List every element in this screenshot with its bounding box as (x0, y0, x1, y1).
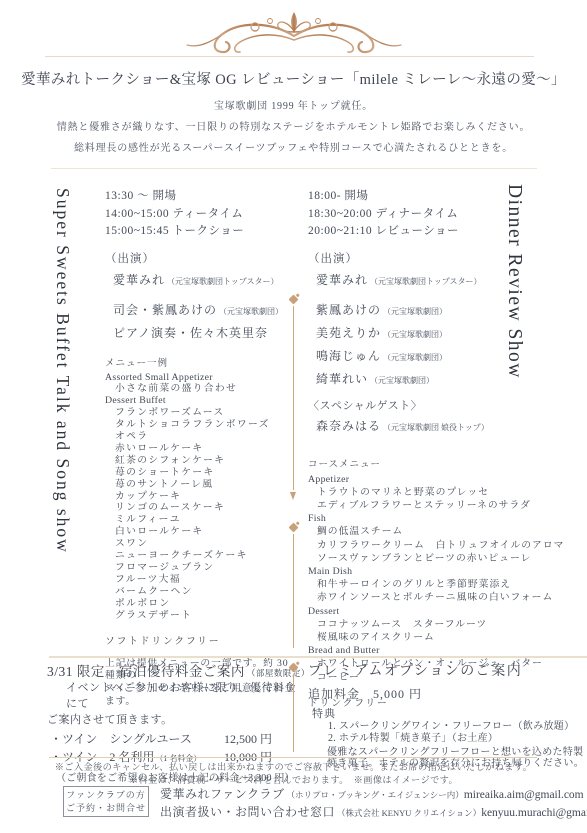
menu-item: オペラ (105, 431, 297, 443)
menu-item: 小さな前菜の盛り合わせ (105, 383, 297, 395)
lodging-line1: イベントへご参加のお客様に限り、優待料金にて (66, 680, 298, 712)
cast-name: 鳴海じゅん (316, 349, 381, 363)
course-item: 鯛の低温スチーム (308, 525, 508, 538)
course-item: 和牛サーロインのグリルと季節野菜添え (308, 578, 508, 591)
menu-item: ポルボロン (105, 598, 297, 610)
cast-row: 鳴海じゅん（元宝塚歌劇団） (316, 347, 508, 365)
course-item: Fish (308, 512, 508, 525)
left-side-label: Super Sweets Buffet Talk and Song show (52, 188, 73, 554)
course-item: ココナッツムース スターフルーツ (308, 618, 508, 631)
premium-option-section: プレミアムオプションのご案内 追加料金 5,000 円 特典 1. スパークリン… (308, 660, 570, 770)
dinner-show-column: 18:00- 開場18:30~20:00 ディナータイム20:00~21:10 … (308, 188, 508, 709)
cast-row: 美苑えりか（元宝塚歌劇団） (316, 324, 508, 342)
cast-name: 綺華れい (316, 372, 368, 386)
cast-name: 美苑えりか (316, 326, 381, 340)
menu-item: バームクーヘン (105, 586, 297, 598)
cast-note: （元宝塚歌劇団） (383, 330, 447, 339)
contact-note: （株式会社 KENYU クリエイション） (337, 805, 481, 822)
dinner-show-schedule: 18:00- 開場18:30~20:00 ディナータイム20:00~21:10 … (308, 188, 508, 241)
menu-item: ミルフィーユ (105, 514, 297, 526)
cast-row: 綺華れい（元宝塚歌劇団） (316, 370, 508, 388)
special-guest-heading: 〈スペシャルゲスト〉 (308, 397, 508, 413)
flourish-ornament-icon (182, 9, 406, 60)
course-item: 赤ワインソースとポルチーニ風味の白いフォーム (308, 591, 508, 604)
price-value: 12,500 円 (224, 732, 272, 746)
talk-cast-heading: （出演） (105, 250, 297, 266)
subtitle-line: 宝塚歌劇団 1999 年トップ就任。 (0, 96, 587, 117)
cast-row: 愛華みれ（元宝塚歌劇団トップスター） (316, 271, 508, 289)
schedule-line: 18:30~20:00 ディナータイム (308, 206, 508, 224)
course-menu-list: Appetizerトラウトのマリネと野菜のプレッセエディブルフラワーとステッリー… (308, 473, 508, 684)
menu-item: フルーツ大福 (105, 574, 297, 586)
benefit-heading: 特典 (312, 705, 570, 721)
course-item: 桜風味のアイスクリーム (308, 631, 508, 644)
contact-note: （ホリプロ・ブッキング・エイジェンシー内） (287, 787, 464, 804)
lodging-offer-title: 3/31 限定 宿泊優待料金ご案内（部屋数限定） (47, 660, 298, 680)
menu-item: Assorted Small Appetizer (105, 372, 297, 384)
premium-option-title: プレミアムオプションのご案内 (308, 660, 570, 680)
cast-note: （元宝塚歌劇団） (370, 376, 434, 385)
contact-row: 愛華みれファンクラブ（ホリプロ・ブッキング・エイジェンシー内） mireaika… (160, 786, 542, 804)
disclaimer-line: ※ご入金後のキャンセル、払い戻しは出来かねますのでご容赦下さいませ。またお席の指… (0, 761, 587, 774)
content-top-divider (51, 168, 537, 169)
cast-row: 司会・紫鳳あけの（元宝塚歌劇団） (113, 301, 297, 319)
lodging-line2: ご案内させて頂きます。 (47, 712, 298, 728)
subtitle-line: 総料理長の感性が光るスーパースイーツブッフェや特別コースで心満たされるひとときを… (0, 138, 587, 159)
talk-show-schedule: 13:30 ～ 開場14:00~15:00 ティータイム15:00~15:45 … (105, 188, 297, 241)
contact-email[interactable]: mireaika.aim@gmail.com (464, 787, 584, 804)
lodging-title-text: 3/31 限定 宿泊優待料金ご案内 (47, 664, 245, 679)
subtitle-line: 情熱と優雅さが織りなす、一日限りの特別なステージをホテルモントレ姫路でお楽しみく… (0, 117, 587, 138)
course-item: Dessert (308, 605, 508, 618)
column-divider (293, 534, 294, 648)
benefit-item: 1. スパークリングワイン・フリーフロー（飲み放題） (328, 721, 570, 733)
premium-option-price: 追加料金 5,000 円 (308, 685, 570, 702)
benefit-list: 1. スパークリングワイン・フリーフロー（飲み放題）2. ホテル特製「焼き菓子」… (328, 721, 570, 746)
bottom-section-divider (49, 656, 587, 658)
footer-divider (49, 757, 537, 758)
fan-club-box-line: ファンクラブの方 (66, 789, 146, 802)
fan-club-box: ファンクラブの方ご予約・お問合せ (63, 786, 149, 817)
cast-note: （元宝塚歌劇団トップスター） (370, 277, 481, 286)
cast-note: （元宝塚歌劇団） (219, 307, 283, 316)
bottom-column-divider (293, 674, 294, 752)
page-title: 愛華みれトークショー&宝塚 OG レビューショー「milele ミレーレ～永遠の… (0, 68, 587, 89)
header-divider (45, 56, 534, 57)
cast-note: （元宝塚歌劇団） (383, 307, 447, 316)
disclaimer-line: ※料金は、消費税・サービス料を含んでおります。 ※画像はイメージです。 (0, 774, 587, 787)
cast-row: 紫鳳あけの（元宝塚歌劇団） (316, 301, 508, 319)
schedule-line: 13:30 ～ 開場 (105, 188, 297, 206)
schedule-line: 20:00~21:10 レビューショー (308, 223, 508, 241)
header-subtitle: 宝塚歌劇団 1999 年トップ就任。情熱と優雅さが織りなす、一日限りの特別なステ… (0, 96, 587, 159)
talk-show-column: 13:30 ～ 開場14:00~15:00 ティータイム15:00~15:45 … (105, 188, 297, 709)
course-item: カリフラワークリーム 白トリュフオイルのアロマ (308, 539, 508, 552)
cast-note: （元宝塚歌劇団） (383, 353, 447, 362)
contact-email[interactable]: kenyuu.murachi@gmail.com (481, 805, 587, 822)
lodging-title-note: （部屋数限定） (247, 668, 310, 678)
menu-item: 赤いロールケーキ (105, 443, 297, 455)
price-row: ・ツイン シングルユース 12,500 円 (50, 732, 272, 746)
flyer-page: 愛華みれトークショー&宝塚 OG レビューショー「milele ミレーレ～永遠の… (0, 0, 587, 833)
schedule-line: 18:00- 開場 (308, 188, 508, 206)
menu-item: タルトショコラフランボワーズ (105, 419, 297, 431)
soft-drink-note: ソフトドリンクフリー (105, 633, 297, 647)
contact-row: 出演者扱い・お問い合わせ窓口（株式会社 KENYU クリエイション） kenyu… (160, 804, 542, 822)
price-label: ・ツイン シングルユース (50, 732, 192, 746)
menu-item: フランボワーズムース (105, 407, 297, 419)
menu-item: ニューヨークチーズケーキ (105, 550, 297, 562)
cast-note: （元宝塚歌劇団トップスター） (167, 277, 278, 286)
menu-item: 白いロールケーキ (105, 526, 297, 538)
buffet-menu-heading: メニュー一例 (105, 355, 297, 369)
contact-list: 愛華みれファンクラブ（ホリプロ・ブッキング・エイジェンシー内） mireaika… (160, 786, 542, 821)
fan-club-box-line: ご予約・お問合せ (66, 802, 146, 815)
cast-row: ピアノ演奏・佐々木英里奈 (113, 324, 297, 342)
menu-item: 苺のサントノーレ風 (105, 479, 297, 491)
schedule-line: 15:00~15:45 トークショー (105, 223, 297, 241)
cast-name: 愛華みれ (113, 273, 165, 287)
guest-name: 森奈みはる (316, 419, 381, 433)
menu-item: カップケーキ (105, 491, 297, 503)
course-item: Main Dish (308, 565, 508, 578)
disclaimer-notes: ※ご入金後のキャンセル、払い戻しは出来かねますのでご容赦下さいませ。またお席の指… (0, 761, 587, 787)
special-guest-row: 森奈みはる（元宝塚歌劇団 娘役トップ） (316, 417, 508, 435)
course-item: トラウトのマリネと野菜のプレッセ (308, 486, 508, 499)
menu-item: フロマージュブラン (105, 562, 297, 574)
menu-item: リンゴのムースケーキ (105, 502, 297, 514)
contact-label: 出演者扱い・お問い合わせ窓口 (160, 804, 335, 821)
cast-name: 紫鳳あけの (316, 303, 381, 317)
schedule-line: 14:00~15:00 ティータイム (105, 206, 297, 224)
cast-row: 愛華みれ（元宝塚歌劇団トップスター） (113, 271, 297, 289)
buffet-menu-list: Assorted Small Appetizer小さな前菜の盛り合わせDesse… (105, 372, 297, 622)
footer: ファンクラブの方ご予約・お問合せ 愛華みれファンクラブ（ホリプロ・ブッキング・エ… (63, 786, 567, 821)
course-item: エディブルフラワーとステッリーネのサラダ (308, 499, 508, 512)
cast-name: 司会・紫鳳あけの (113, 303, 217, 317)
menu-item: 紅茶のシフォンケーキ (105, 455, 297, 467)
dinner-cast-list: 愛華みれ（元宝塚歌劇団トップスター） 紫鳳あけの（元宝塚歌劇団） 美苑えりか（元… (308, 271, 508, 388)
course-item: ソースヴァンブランとビーツの赤いピューレ (308, 552, 508, 565)
dinner-cast-heading: （出演） (308, 250, 508, 266)
menu-item: グラスデザート (105, 610, 297, 622)
benefit-item: 2. ホテル特製「焼き菓子」（お土産） (328, 733, 570, 745)
talk-cast-list: 愛華みれ（元宝塚歌劇団トップスター） 司会・紫鳳あけの（元宝塚歌劇団） ピアノ演… (105, 271, 297, 342)
divider-spear-icon (290, 492, 296, 500)
menu-item: Dessert Buffet (105, 395, 297, 407)
column-divider (293, 306, 294, 490)
contact-label: 愛華みれファンクラブ (160, 786, 285, 803)
course-menu-heading: コースメニュー (308, 456, 508, 470)
menu-item: 苺のショートケーキ (105, 467, 297, 479)
guest-note: （元宝塚歌劇団 娘役トップ） (383, 423, 489, 432)
cast-name: ピアノ演奏・佐々木英里奈 (113, 326, 268, 340)
course-item: Appetizer (308, 473, 508, 486)
cast-name: 愛華みれ (316, 273, 368, 287)
menu-item: スワン (105, 538, 297, 550)
